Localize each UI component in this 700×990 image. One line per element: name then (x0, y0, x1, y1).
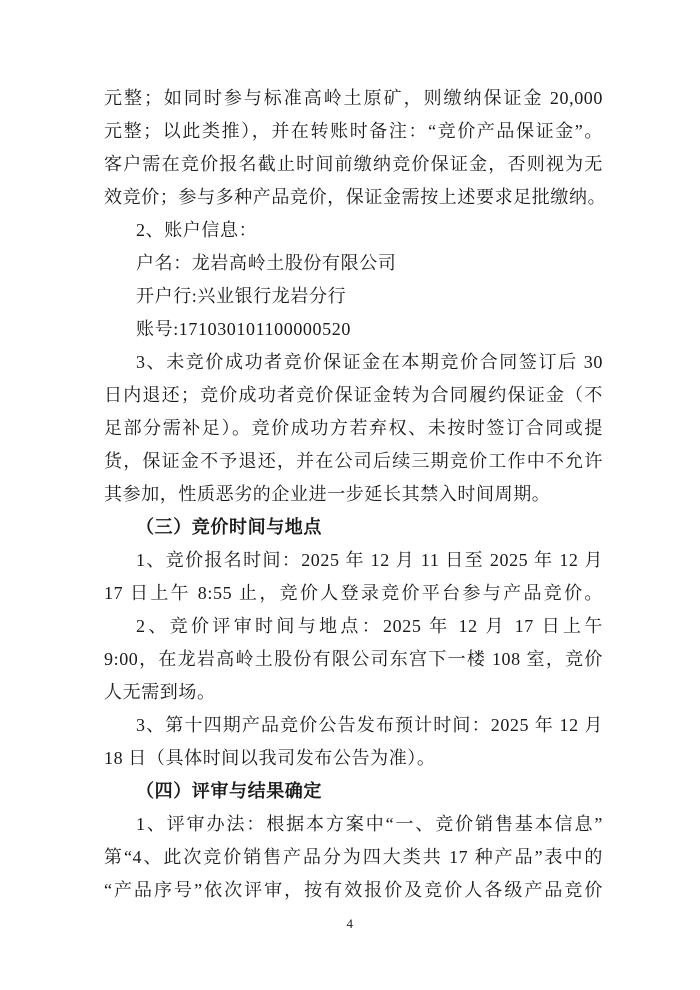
document-page: 元整；如同时参与标准高岭土原矿，则缴纳保证金 20,000元整；以此类推），并在… (0, 0, 700, 990)
text-line: 客户需在竞价报名截止时间前缴纳竞价保证金，否则视为无 (104, 148, 603, 181)
page-body: 元整；如同时参与标准高岭土原矿，则缴纳保证金 20,000元整；以此类推），并在… (104, 82, 603, 907)
text-line: 其参加，性质恶劣的企业进一步延长其禁入时间周期。 (104, 478, 603, 511)
text-line: “产品序号”依次评审，按有效报价及竞价人各级产品竞价 (104, 874, 603, 907)
text-line: 账号:171030101100000520 (104, 313, 603, 346)
text-line: 1、竞价报名时间：2025 年 12 月 11 日至 2025 年 12 月 (104, 544, 603, 577)
text-line: 日内退还；竞价成功者竞价保证金转为合同履约保证金（不 (104, 379, 603, 412)
text-line: 货，保证金不予退还，并在公司后续三期竞价工作中不允许 (104, 445, 603, 478)
text-line: 17 日上午 8:55 止，竞价人登录竞价平台参与产品竞价。 (104, 577, 603, 610)
text-line: 1、评审办法：根据本方案中“一、竞价销售基本信息” (104, 808, 603, 841)
text-line: 户名：龙岩高岭土股份有限公司 (104, 247, 603, 280)
text-line: 9:00，在龙岩高岭土股份有限公司东宫下一楼 108 室，竞价 (104, 643, 603, 676)
text-line: 3、第十四期产品竞价公告发布预计时间：2025 年 12 月 (104, 709, 603, 742)
text-line: 2、账户信息： (104, 214, 603, 247)
text-line: 3、未竞价成功者竞价保证金在本期竞价合同签订后 30 (104, 346, 603, 379)
text-line: 18 日（具体时间以我司发布公告为准）。 (104, 742, 603, 775)
text-line: 效竞价；参与多种产品竞价，保证金需按上述要求足批缴纳。 (104, 181, 603, 214)
text-line: 第“4、此次竞价销售产品分为四大类共 17 种产品”表中的 (104, 841, 603, 874)
text-line: 2、竞价评审时间与地点：2025 年 12 月 17 日上午 (104, 610, 603, 643)
text-line: 元整；以此类推），并在转账时备注：“竞价产品保证金”。 (104, 115, 603, 148)
text-line: 元整；如同时参与标准高岭土原矿，则缴纳保证金 20,000 (104, 82, 603, 115)
section-heading: （四）评审与结果确定 (104, 775, 603, 808)
text-line: 足部分需补足）。竞价成功方若弃权、未按时签订合同或提 (104, 412, 603, 445)
text-line: 人无需到场。 (104, 676, 603, 709)
section-heading: （三）竞价时间与地点 (104, 511, 603, 544)
text-line: 开户行:兴业银行龙岩分行 (104, 280, 603, 313)
page-number: 4 (0, 916, 700, 932)
